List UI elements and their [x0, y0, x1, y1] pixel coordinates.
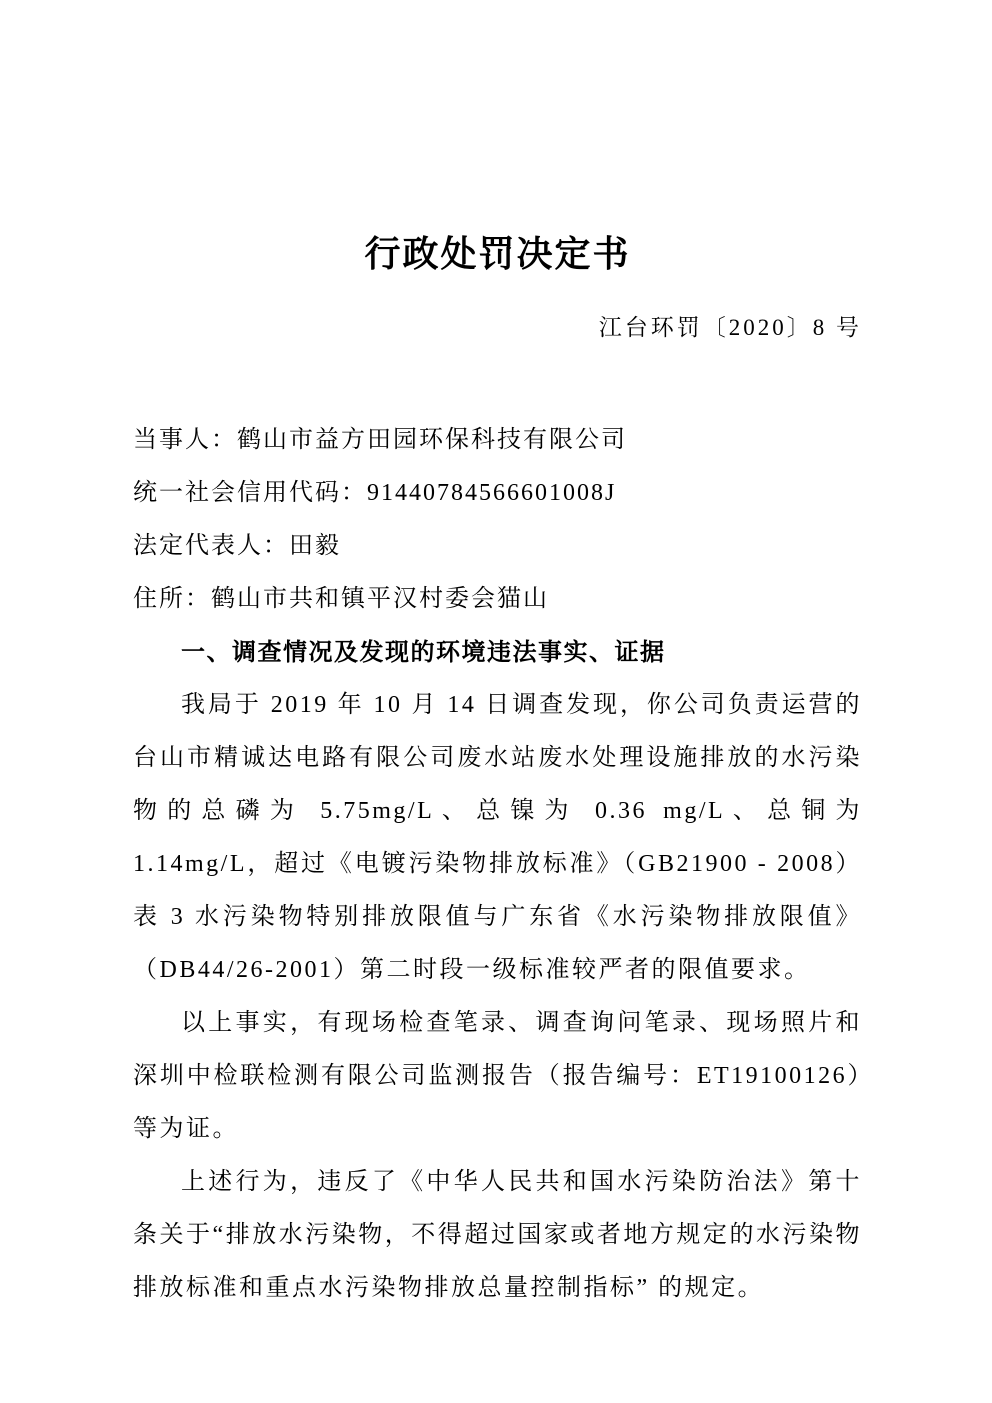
body-paragraph-violation: 上述行为，违反了《中华人民共和国水污染防治法》第十条关于“排放水污染物，不得超过…: [133, 1156, 862, 1315]
page-title: 行政处罚决定书: [133, 232, 862, 276]
party-line-address: 住所：鹤山市共和镇平汉村委会猫山: [133, 573, 862, 626]
party-line-credit-code: 统一社会信用代码：91440784566601008J: [133, 467, 862, 520]
party-line-legal-representative: 法定代表人：田毅: [133, 520, 862, 573]
document-page: 行政处罚决定书 江台环罚〔2020〕8 号 当事人：鹤山市益方田园环保科技有限公…: [0, 0, 992, 1403]
party-info-block: 当事人：鹤山市益方田园环保科技有限公司 统一社会信用代码：91440784566…: [133, 414, 862, 626]
section-1-heading: 一、调查情况及发现的环境违法事实、证据: [133, 626, 862, 679]
body-paragraph-facts: 我局于 2019 年 10 月 14 日调查发现，你公司负责运营的台山市精诚达电…: [133, 679, 862, 997]
party-line-name: 当事人：鹤山市益方田园环保科技有限公司: [133, 414, 862, 467]
doc-number: 江台环罚〔2020〕8 号: [133, 314, 862, 342]
body-paragraph-evidence: 以上事实，有现场检查笔录、调查询问笔录、现场照片和深圳中检联检测有限公司监测报告…: [133, 997, 862, 1156]
